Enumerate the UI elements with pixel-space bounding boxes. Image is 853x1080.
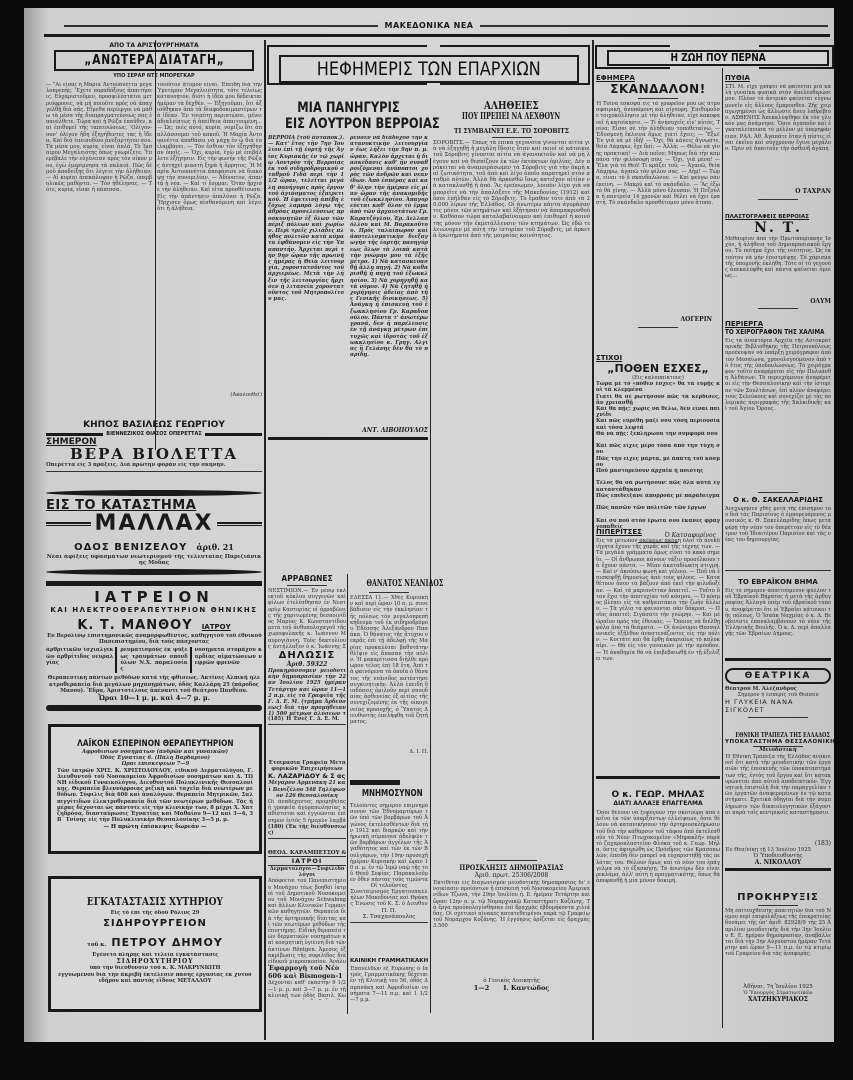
engagements: ΑΡΡΑΒΩΝΕΣ ΝΕΣΤΙΜΙΟΝ.— Ἐν μέσῳ ἐκλεκτοῦ κ… bbox=[268, 574, 346, 650]
nt-signature: ΟΛΥΜ bbox=[725, 298, 831, 305]
jewish-tribune-body: Εἰς τὸ σήμερον ἀπαιτούμενον φύλλον τοῦ Ἑ… bbox=[725, 588, 831, 656]
shop-number: ἀριθ. 21 bbox=[196, 542, 233, 552]
evening-clinic-body: Τῶν ἰατρῶν ΧΡΙΣ. Κ. ΧΡΙΣΤΟΔΟΥΛΟΥ, εἰδικο… bbox=[57, 768, 253, 824]
masthead: ΜΑΚΕΔΟΝΙΚΑ ΝΕΑ bbox=[24, 21, 834, 30]
misc-body: Εἰς τὰ μέτωπον σκέψεως ἀκόμη ὅλοι τὰ ἀνε… bbox=[596, 538, 720, 774]
lazaridou-intro: Ἑτοιμασία Γραφεῖα Μεταφορικῶν Ἐπιχειρήσε… bbox=[268, 760, 346, 772]
engagements-title: ΑΡΡΑΒΩΝΕΣ bbox=[268, 574, 346, 583]
clinic-hours: Ὧραι 10—1 μ. μ. καὶ 4—7 μ. μ. bbox=[46, 694, 262, 702]
clinic-footer: Θεραπευτικὴ πάντων μεθόδων κατὰ τῆς φθίσ… bbox=[46, 675, 262, 694]
article-festival: ΜΙΑ ΠΑΝΗΓΥΡΙΣ ΕΙΣ ΛΟΥΤΡΟΝ ΒΕΡΡΟΙΑΣ ΒΕΡΡΟ… bbox=[268, 100, 428, 442]
truths-body: ΣΟΡΟΒΙΤΣ.— Ὅπως τὰ ἐπικὰ γεγονότα γίνοντ… bbox=[433, 140, 590, 680]
memorial-name: Σ. Τσαχανάπουλος bbox=[350, 914, 428, 920]
theatre-troupe: ΒΙΕΝΝΕΖΙΚΟΣ ΘΙΑΣΟΣ ΟΠΕΡΕΤΤΑΣ bbox=[106, 431, 201, 437]
article-truths: ΑΛΗΘΕΙΕΣ ΠΟΥ ΠΡΕΠΕΙ ΝΑ ΛΕΧΘΟΥΝ ΤΙ ΣΥΜΒΑΙ… bbox=[433, 100, 590, 680]
declaration-number: Ἀριθ. 59322 bbox=[268, 661, 346, 668]
truths-title-1: ΑΛΗΘΕΙΕΣ bbox=[484, 100, 539, 112]
newspaper-page: ΜΑΚΕΔΟΝΙΚΑ ΝΕΑ ΑΠΟ ΤΑ ΑΡΙΣΤΟΥΡΓΗΜΑΤΑ „ΑΝ… bbox=[24, 8, 834, 1042]
milas-subtitle: ΔΙΑΤΙ ΑΛΛΑΞΕ ΕΠΑΓΓΕΛΜΑ bbox=[596, 800, 720, 807]
lazaridou-body: Οἱ ἀναδέχοντες προμηθείας ἡ γραφεῖα ἀγορ… bbox=[268, 799, 346, 824]
nt-title: Ν. Τ. bbox=[725, 220, 831, 236]
bar-decoration bbox=[350, 780, 400, 785]
lazaridou-address: Μέγαρον Αρμενάκη 21 καὶ Βενιζέλου 348 Τη… bbox=[268, 780, 346, 799]
clinic-ad: ΙΑΤΡΕΙΟΝ ΚΑΙ ΗΛΕΚΤΡΟΘΕΡΑΠΕΥΤΗΡΙΟΝ ΘΗΝΙΚΗ… bbox=[46, 588, 262, 711]
bank-body: Ἡ Ἐθνικὴ Τράπεζα τῆς Ἑλλάδος ἀνακοινοῖ ὅ… bbox=[725, 754, 831, 840]
evening-clinic-ad: ΛΑΪΚΟΝ ΕΣΠΕΡΙΝΟΝ ΘΕΡΑΠΕΥΤΗΡΙΟΝ Ἀφροδισίω… bbox=[48, 724, 262, 854]
clinic-role: ΙΑΤΡΟΥ bbox=[202, 623, 231, 631]
festival-column-1: ΒΕΡΡΟΙΑ (τοῦ ἀνταποκ.).— Κατ' ἔτος τὴν 7… bbox=[268, 135, 344, 425]
foundry-line1: Εἰς τὸ ἐπὶ τῆς ὁδοῦ Ρόλινς 29 bbox=[57, 910, 253, 916]
theatre-play: ΒΕΡΑ ΒΙΟΛΕΤΤΑ bbox=[46, 447, 262, 461]
column-sakellaridis: Ο κ. Θ. ΣΑΚΕΛΛΑΡΙΔΗΣ Ἀνεχώρησεν χθὲς μετ… bbox=[725, 496, 831, 573]
bar-decoration bbox=[217, 522, 262, 526]
provincial-banner: ΗΕΦΗΜΕΡΙΣ ΤΩΝ ΕΠΑΡΧΙΩΝ bbox=[267, 41, 590, 96]
clinic-doctor: Κ. Τ. ΜΑΝΘΟΥ bbox=[77, 618, 192, 633]
scandal-title: ΣΚΑΝΔΑΛΟΝ! bbox=[596, 82, 720, 96]
bank-ref: (183) bbox=[725, 840, 831, 847]
bank-kicker: Μειοδοτικὴ bbox=[753, 746, 803, 753]
clinic-title: ΙΑΤΡΕΙΟΝ bbox=[46, 588, 262, 606]
nt-body: Μεθαυρίου ἀπὸ τὴν Πρωτοποριακὴν Ἰσχὺν, ἡ… bbox=[725, 236, 831, 298]
top-rule bbox=[44, 34, 830, 37]
verses-lines: Τώρα μὲ τὸ «πόθεν ἔσχες» θὰ τὰ εὑρῇς καὶ… bbox=[596, 381, 720, 530]
milas-body: Ὅσοι θέλουν νὰ ξεφύγουν τὴν σκοτούρα ἀπὸ… bbox=[596, 810, 720, 1010]
life-banner: Η ΖΩΗ ΠΟΥ ΠΕΡΝΑ bbox=[595, 41, 834, 71]
foundry-owner-prefix: τοῦ κ. bbox=[87, 942, 106, 948]
verse-line: Καὶ πῶς εὑρέθη μαζί σου τόση περιουσία κ… bbox=[596, 418, 720, 430]
manuscript-kicker: ΠΕΡΙΕΡΓΑ bbox=[725, 320, 831, 328]
milas-title: Ο κ. ΓΕΩΡ. ΜΗΛΑΣ bbox=[596, 790, 720, 800]
declaration: ΔΗΛΩΣΙΣ Ἀριθ. 59322 Προκηρύσσομεν μειοδο… bbox=[268, 650, 346, 727]
clinic-list-a: ἀρθριτικῶν ἰσχιαλγικῶν ἀρθρίτιδος νευραλ… bbox=[46, 647, 117, 673]
manuscript-body: Εἰς τὰ ἀνακτόρια Ἀρχεῖα τῆς Αὐτοκρατορικ… bbox=[725, 338, 831, 490]
jewish-tribune-title: ΤΟ ΕΒΡΑΪΚΟΝ ΒΗΜΑ bbox=[725, 578, 831, 586]
auction-signer: Ι. Καντώδος bbox=[503, 984, 549, 992]
theatre-extra: ΣΙΓΚΟΛΕΤ bbox=[725, 706, 831, 714]
bar-decoration bbox=[46, 433, 103, 436]
evening-clinic-title: ΛΑΪΚΟΝ ΕΣΠΕΡΙΝΟΝ ΘΕΡΑΠΕΥΤΗΡΙΟΝ bbox=[77, 739, 233, 749]
foundry-ad: ΕΓΚΑΤΑΣΤΑΣΙΣ ΧΥΤΗΡΙΟΥ Εἰς τὸ ἐπὶ τῆς ὁδο… bbox=[48, 876, 262, 1012]
serial-kicker: ΑΠΟ ΤΑ ΑΡΙΣΤΟΥΡΓΗΜΑΤΑ bbox=[46, 42, 262, 49]
auction-title: ΠΡΟΣΚΛΗΣΙΣ ΔΗΜΟΠΡΑΣΙΑΣ bbox=[459, 863, 563, 872]
column-rule bbox=[264, 40, 266, 1040]
death-notice-title: ΘΑΝΑΤΟΣ ΝΕΑΝΙΔΟΣ bbox=[366, 578, 443, 590]
manuscript-title: ΤΟ ΧΕΙΡΟΓΡΑΦΟΝ ΤΗΣ ΧΑΛΙΜΑ bbox=[725, 328, 824, 336]
serial-title-box: „ΑΝΩΤΕΡΑ ΔΙΑΤΑΓΗ„ bbox=[54, 50, 254, 71]
doctors-body: Ἀπόφοιτοι τοῦ Πανεπιστημίου Μονάχου τέως… bbox=[268, 878, 346, 964]
foundry-line5: ἐγγυωμένου διὰ τὴν ἀκριβῆ ἐκτέλεσιν πάση… bbox=[57, 972, 253, 984]
festival-signature: ΑΝΤ. ΛΙΒΟΠΟΥΛΟΣ bbox=[268, 427, 428, 434]
column-verses: ΣΤΙΧΟΙ „ΠΟΘΕΝ ΕΣΧΕΣ„ (Εἰς καλοπαίκτους) … bbox=[596, 354, 720, 545]
lazaridou-ref: (180) (Ἐκ τῆς διευθύνσεως) bbox=[268, 824, 346, 836]
doctors-hours: Δέχονται καθ' ἑκάστην 9 1/2—1 μ. μ. καὶ … bbox=[268, 980, 346, 1000]
theatre-ad: ΚΗΠΟΣ ΒΑΣΙΛΕΩΣ ΓΕΩΡΓΙΟΥ ΒΙΕΝΝΕΖΙΚΟΣ ΘΙΑΣ… bbox=[46, 420, 262, 474]
grammar-body: Ἐπανελθὼν ἐξ Εὐρώπης ὁ Ιατρὸς Γραμματικά… bbox=[350, 966, 428, 1006]
column-rule bbox=[722, 68, 723, 1028]
bank-subtitle: ΥΠΟΚΑΤΑΣΤΗΜΑ ΘΕΣΣΑΛΟΝΙΚΗΣ bbox=[725, 739, 831, 745]
masthead-title: ΜΑΚΕΔΟΝΙΚΑ ΝΕΑ bbox=[378, 21, 479, 30]
clinic-list-c: νοσήματα στομάχου καρδίας αἰματώσεων νεφ… bbox=[195, 647, 262, 673]
pythia-body: ΣΤΙ. Μ. εἴχε γράψει νὰ φαίνεται μιὰ καλὴ… bbox=[725, 84, 831, 188]
banner-box: Η ΖΩΗ ΠΟΥ ΠΕΡΝΑ bbox=[607, 50, 829, 66]
clinic-subtitle: ΚΑΙ ΗΛΕΚΤΡΟΘΕΡΑΠΕΥΤΗΡΙΟΝ ΘΗΝΙΚΗΣ bbox=[46, 606, 262, 614]
verse-line: Τώρα μὲ τὸ «πόθεν ἔσχες» θὰ τὰ εὑρῇς καὶ… bbox=[596, 381, 720, 393]
auction: ΠΡΟΣΚΛΗΣΙΣ ΔΗΜΟΠΡΑΣΙΑΣ Ἀριθ. πρωτ. 25306… bbox=[433, 858, 590, 992]
declaration-ref: (185) Ἡ Ἐνεξ Γ. Δ. Ε. Μ. bbox=[268, 716, 346, 722]
misc-kicker: ΠΙΠΕΡΙΤΣΕΣ bbox=[596, 528, 720, 536]
grammar-ad: ΚΑΙΝΙΚΗ ΓΡΑΜΜΑΤΙΚΑΚΗ Ἐπανελθὼν ἐξ Εὐρώπη… bbox=[350, 958, 428, 1006]
column-pythia: ΠΥΘΙΑ ΣΤΙ. Μ. εἴχε γράψει νὰ φαίνεται μι… bbox=[725, 74, 831, 202]
verse-line: Πῶς πασῶν τῶν πολιτῶν τῶν ἔργων bbox=[596, 505, 720, 517]
serial-column-1: — "Αἱ εἶσαι ἡ Μαρία Ἀντουανέττα μεγαλοπρ… bbox=[46, 82, 152, 402]
verse-line: Καὶ πῶς εἶχες μέρο τόσα ἀπὸ τὴν τύχη σου bbox=[596, 443, 720, 455]
pythia-signature: Ο ΤΑΧΡΑΝ bbox=[725, 188, 831, 195]
scandal-kicker: ΕΦΗΜΕΡΑ bbox=[596, 74, 720, 82]
lazaridou-name: Κ. ΛΑΖΑΡΙΔΟΥ & Σ ας bbox=[268, 772, 346, 780]
truths-title-2: ΠΟΥ ΠΡΕΠΕΙ ΝΑ ΛΕΧΘΟΥΝ bbox=[462, 112, 560, 123]
doctors-subtitle: ΙΑΤΡΟΙ bbox=[268, 856, 346, 866]
bar-decoration bbox=[46, 522, 91, 526]
verse-line: Πῶς ἐπιδείξανε ἀποῤῥοὰς μὲ παράδειγμα bbox=[596, 493, 720, 505]
memorial-org: Συνεταιρισμὸς Ἐργατοϋπαλλήλων Μακεδονίας… bbox=[350, 889, 428, 908]
verses-kicker: ΣΤΙΧΟΙ bbox=[596, 354, 720, 362]
scandal-signature: ΛΟΓΕΡΙΝ bbox=[596, 316, 720, 323]
clinic-intro: Ἐν Βερολίνῳ ἐπιστημονικῶς ἀναμορφωθέντος… bbox=[46, 633, 262, 645]
festival-title-1: ΜΙΑ ΠΑΝΗΓΥΡΙΣ bbox=[297, 100, 399, 116]
memorial-body: Τελοῦντες σήμερον ἐπιμνημόσυνον τῶν Ἐθνο… bbox=[350, 803, 428, 883]
shop-name: ΜΑΛΛΑΧ bbox=[95, 513, 214, 535]
banner-box: ΗΕΦΗΜΕΡΙΣ ΤΩΝ ΕΠΑΡΧΙΩΝ bbox=[279, 55, 579, 83]
lazaridou-ad: Ἑτοιμασία Γραφεῖα Μεταφορικῶν Ἐπιχειρήσε… bbox=[268, 760, 346, 841]
death-notice-body: ΕΔΕΣΣΑ 11.— Χθὲς Κυριακὴν καὶ περὶ ὥραν … bbox=[350, 595, 428, 749]
banner-title: ΗΕΦΗΜΕΡΙΣ ΤΩΝ ΕΠΑΡΧΙΩΝ bbox=[317, 57, 541, 81]
serial-byline: ΥΠΟ ΣΕΡΑΡ ΝΤΕ ΜΠΟΡΕΓΚΑΡ bbox=[46, 73, 262, 79]
grammar-title: ΚΑΙΝΙΚΗ ΓΡΑΜΜΑΤΙΚΑΚΗ bbox=[350, 958, 428, 964]
theatre-play-name: Η ΓΛΥΚΕΙΑ ΝΑΝΑ bbox=[725, 698, 831, 706]
doctors-ad: ΘΕΟΔ. ΚΑΡΑΜΠΕΤΣΟΥ & ΜΑΣ. ΚΙΣΛΑΧΕΡ ΙΑΤΡΟΙ… bbox=[268, 850, 346, 1000]
bar-decoration bbox=[46, 705, 262, 711]
auction-number: Ἀριθ. πρωτ. 25306/2008 bbox=[433, 872, 590, 879]
bar-decoration bbox=[46, 581, 262, 586]
death-notice-signature: Δ. Ι. Π. bbox=[350, 749, 428, 755]
foundry-name: ΣΙΔΗΡΟΥΡΓΕΙΟΝ bbox=[57, 918, 253, 929]
declaration-title: ΔΗΛΩΣΙΣ bbox=[268, 650, 346, 661]
proclamation-signer: ΧΑΤΖΗΚΥΡΙΑΚΟΣ bbox=[725, 996, 831, 1003]
bank-signer: Α. ΝΙΚΟΛΑΟΥ bbox=[725, 859, 831, 866]
pythia-kicker: ΠΥΘΙΑ bbox=[725, 74, 831, 82]
doctors-highlight: Ἐφαρμογὴ τοῦ Νέο 606 καὶ Bismogen-1 bbox=[268, 964, 346, 980]
scandal-body: Ἡ Τοῖνα ἐσκύψα εἰς τὰ γραφεῖον μου ὡς ἀτ… bbox=[596, 101, 720, 316]
serial-continued: (Ἀκολουθεῖ) bbox=[157, 392, 262, 398]
column-scandal: ΕΦΗΜΕΡΑ ΣΚΑΝΔΑΛΟΝ! Ἡ Τοῖνα ἐσκύψα εἰς τὰ… bbox=[596, 74, 720, 330]
bank-title: ΕΘΝΙΚΗ ΤΡΑΠΕΖΑ ΤΗΣ ΕΛΛΑΔΟΣ bbox=[735, 732, 829, 739]
shop-address: ΟΔΟΣ ΒΕΝΙΖΕΛΟΥ bbox=[74, 542, 187, 553]
theatre-venue: ΚΗΠΟΣ ΒΑΣΙΛΕΩΣ ΓΕΩΡΓΙΟΥ bbox=[46, 420, 262, 430]
sakellaridis-body: Ἀνεχώρησεν χθὲς μετὰ τῆς ἐπισήμου του δι… bbox=[725, 506, 831, 568]
verse-line: Τέλος θὰ σὰ ρωτήσουν: πῶς ὅλα αὐτὰ ἐγκατ… bbox=[596, 480, 720, 492]
verses-title: „ΠΟΘΕΝ ΕΣΧΕΣ„ bbox=[596, 362, 720, 375]
sakellaridis-title: Ο κ. Θ. ΣΑΚΕΛΛΑΡΙΔΗΣ bbox=[725, 496, 831, 504]
verse-line: Θὰ νὰ πῇς: ξεπλήρωνα τὴν συμφορὰ σου bbox=[596, 431, 720, 443]
column-theatre: ΘΕΑΤΡΙΚΑ Θέατρον Μ. Ἀλέξανδρος Σήμερον ἡ… bbox=[725, 668, 831, 720]
festival-title-2: ΕΙΣ ΛΟΥΤΡΟΝ ΒΕΡΡΟΙΑΣ bbox=[285, 116, 440, 132]
column-milas: Ο κ. ΓΕΩΡ. ΜΗΛΑΣ ΔΙΑΤΙ ΑΛΛΑΞΕ ΕΠΑΓΓΕΛΜΑ … bbox=[596, 790, 720, 1010]
bar-decoration bbox=[46, 490, 262, 496]
column-rule bbox=[592, 40, 594, 1040]
foundry-title: ΕΓΚΑΤΑΣΤΑΣΙΣ ΧΥΤΗΡΙΟΥ bbox=[87, 895, 223, 908]
bar-decoration bbox=[46, 569, 262, 575]
serial-title: „ΑΝΩΤΕΡΑ ΔΙΑΤΑΓΗ„ bbox=[84, 53, 224, 68]
column-manuscript: ΠΕΡΙΕΡΓΑ ΤΟ ΧΕΙΡΟΓΡΑΦΟΝ ΤΗΣ ΧΑΛΙΜΑ Εἰς τ… bbox=[725, 320, 831, 495]
clinic-list-b: ρευματισμοὺς ἐκ ψύξεως τραυμάτων σπονδύλ… bbox=[120, 647, 191, 673]
serial-story: ΑΠΟ ΤΑ ΑΡΙΣΤΟΥΡΓΗΜΑΤΑ „ΑΝΩΤΕΡΑ ΔΙΑΤΑΓΗ„ … bbox=[46, 40, 262, 402]
engagements-body: ΝΕΣΤΙΜΙΟΝ.— Ἐν μέσῳ ἐκλεκτοῦ κύκλου συγγ… bbox=[268, 588, 346, 650]
column-nt: ΠΛΑΣΤΟΓΡΑΦΕΙΣ ΒΕΡΡΟΙΑΣ Ν. Τ. Μεθαυρίου ἀ… bbox=[725, 214, 831, 311]
memorial: ΜΝΗΜΟΣΥΝΟΝ Τελοῦντες σήμερον ἐπιμνημόσυν… bbox=[350, 780, 428, 925]
life-banner-title: Η ΖΩΗ ΠΟΥ ΠΕΡΝΑ bbox=[670, 52, 765, 64]
column-rule bbox=[347, 574, 348, 1014]
foundry-line3: ΣΙΔΗΡΟΧΥΤΗΡΙΟΥ bbox=[57, 958, 253, 965]
verse-line: Γιατὶ θὰ σὲ ρωτήσουν πῶς τὰ κέρδισες, ἂν… bbox=[596, 394, 720, 406]
bar-decoration bbox=[205, 433, 262, 436]
column-jewish-tribune: ΤΟ ΕΒΡΑΪΚΟΝ ΒΗΜΑ Εἰς τὸ σήμερον ἀπαιτούμ… bbox=[725, 578, 831, 663]
column-bank: ΕΘΝΙΚΗ ΤΡΑΠΕΖΑ ΤΗΣ ΕΛΛΑΔΟΣ ΥΠΟΚΑΤΑΣΤΗΜΑ … bbox=[725, 732, 831, 873]
foundry-owner: ΠΕΤΡΟΥ ΔΗΜΟΥ bbox=[111, 936, 222, 949]
verse-line: Καὶ θὰ πῇς: χωρὶς νὰ θέλω, δὲν εἶναι παι… bbox=[596, 406, 720, 418]
verse-line: Πῶς τὴν εἶχες μάρτα, μὲ ἀπάτη τοῦ κόσμου bbox=[596, 456, 720, 468]
auction-ref: 1—2 bbox=[474, 984, 490, 992]
auction-body: Ἐκτίθεται εἰς διαγωνισμὸν μειοδοτικῆς δη… bbox=[433, 880, 590, 978]
column-proclamation: ΠΡΟΚΗΡΥΞΙΣ Μὴ ἐπιτευχθείσης ἀπαιτητῶν δι… bbox=[725, 892, 831, 1003]
theatre-title: ΘΕΑΤΡΙΚΑ bbox=[725, 668, 831, 684]
column-misc: ΠΙΠΕΡΙΤΣΕΣ Εἰς τὰ μέτωπον σκέψεως ἀκόμη … bbox=[596, 528, 720, 781]
doctors-title: ΘΕΟΔ. ΚΑΡΑΜΠΕΤΣΟΥ & ΜΑΣ. ΚΙΣΛΑΧΕΡ bbox=[268, 850, 346, 856]
death-notice: ΘΑΝΑΤΟΣ ΝΕΑΝΙΔΟΣ ΕΔΕΣΣΑ 11.— Χθὲς Κυριακ… bbox=[350, 578, 428, 755]
evening-clinic-free: Η πρώτη ἐπίσκεψις δωρεάν bbox=[111, 824, 199, 830]
verse-line: Ποῦ μαστορεύουν ἀρχαῖα ἡ ποιότης bbox=[596, 468, 720, 480]
declaration-body: Προκηρύσσομεν μειοδοτικὴν δημοπρασίαν τὴ… bbox=[268, 668, 346, 716]
shop-description: Νέαι ἀφίξεις ὑφασμάτων νεωτερισμοῦ τῆς τ… bbox=[46, 554, 262, 566]
proclamation-body: Μὴ ἐπιτευχθείσης ἀπαιτητῶν διὰ τοῦ Νόμου… bbox=[725, 908, 831, 984]
memorial-title: ΜΝΗΜΟΣΥΝΟΝ bbox=[362, 787, 423, 801]
mallah-shop-ad: ΕΙΣ ΤΟ ΚΑΤΑΣΤΗΜΑ ΜΑΛΛΑΧ ΟΔΟΣ ΒΕΝΙΖΕΛΟΥ ἀ… bbox=[46, 490, 262, 586]
serial-column-2: τοιοῦτον ἄτομον εἶναι. Ἐπειδὴ διὰ τὴν Ὑμ… bbox=[157, 82, 262, 392]
truths-subtitle: ΤΙ ΣΥΜΒΑΙΝΕΙ Ε.Ε. ΤΟ ΣΟΡΟΒΙΤΣ bbox=[433, 128, 590, 135]
proclamation-title: ΠΡΟΚΗΡΥΞΙΣ bbox=[725, 892, 831, 903]
doctors-specialty: Δερματολόγοι—Συφιλιδολόγοι bbox=[268, 866, 346, 878]
festival-column-2: ρευσεν νὰ διάδοχον τὴν κατανυκτικὴν λειτ… bbox=[350, 135, 428, 425]
